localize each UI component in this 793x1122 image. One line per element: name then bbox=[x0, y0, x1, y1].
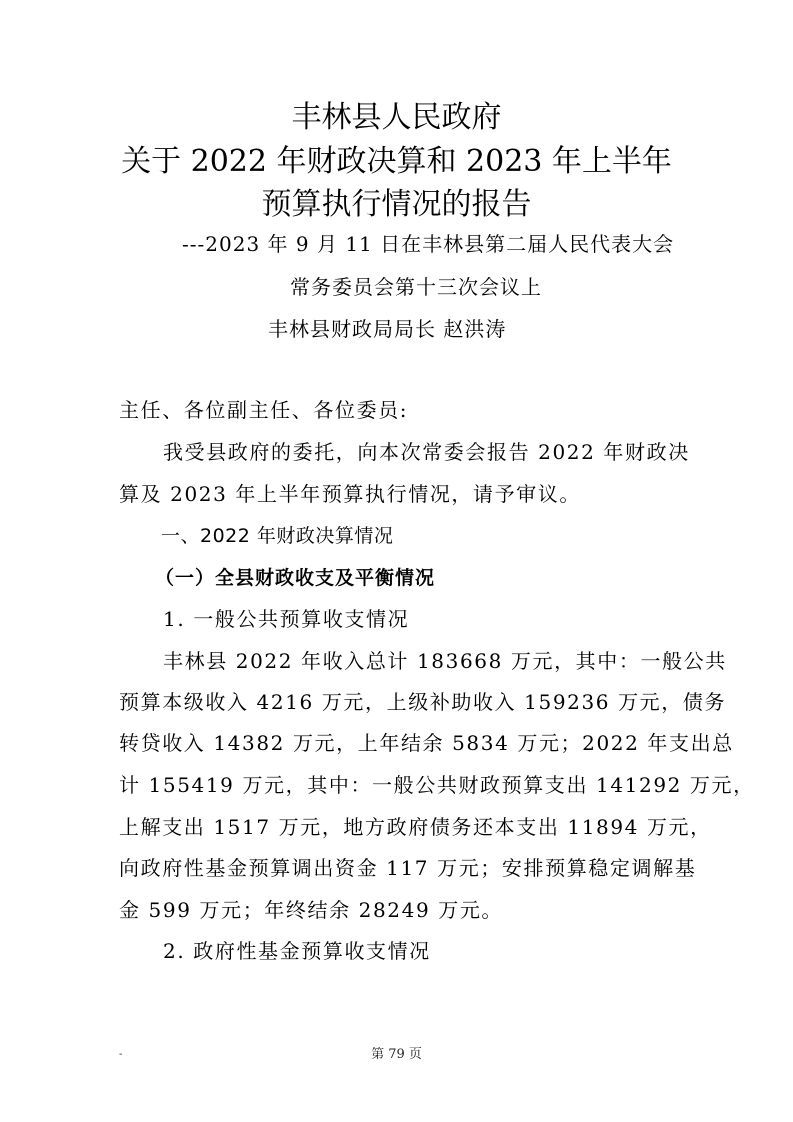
report-title-line-2: 关于 2022 年财政决算和 2023 年上半年 bbox=[0, 144, 793, 180]
report-title-line-1: 丰林县人民政府 bbox=[0, 100, 793, 136]
item-heading-2: 2. 政府性基金预算收支情况 bbox=[163, 939, 431, 963]
paragraph-line: 计 155419 万元，其中：一般公共财政预算支出 141292 万元， bbox=[119, 773, 755, 797]
paragraph-line: 金 599 万元；年终结余 28249 万元。 bbox=[119, 898, 503, 922]
author-line: 丰林县财政局局长 赵洪涛 bbox=[268, 317, 506, 341]
item-heading-1: 1. 一般公共预算收支情况 bbox=[163, 607, 409, 631]
report-title-line-3: 预算执行情况的报告 bbox=[0, 187, 793, 223]
intro-line-1: 我受县政府的委托，向本次常委会报告 2022 年财政决 bbox=[163, 440, 690, 464]
document-page: 丰林县人民政府 关于 2022 年财政决算和 2023 年上半年 预算执行情况的… bbox=[0, 0, 793, 1122]
salutation: 主任、各位副主任、各位委员: bbox=[119, 398, 408, 422]
meeting-name-line: 常务委员会第十三次会议上 bbox=[290, 275, 542, 299]
paragraph-line: 上解支出 1517 万元，地方政府债务还本支出 11894 万元， bbox=[119, 815, 712, 839]
meeting-date-line: ---2023 年 9 月 11 日在丰林县第二届人民代表大会 bbox=[182, 232, 674, 256]
intro-line-2: 算及 2023 年上半年预算执行情况，请予审议。 bbox=[119, 482, 581, 506]
paragraph-line: 预算本级收入 4216 万元，上级补助收入 159236 万元，债务 bbox=[119, 690, 726, 714]
subsection-heading: （一）全县财政收支及平衡情况 bbox=[155, 566, 435, 590]
paragraph-line: 丰林县 2022 年收入总计 183668 万元，其中：一般公共 bbox=[163, 649, 727, 673]
page-number: 第 79 页 bbox=[0, 1043, 793, 1062]
paragraph-line: 向政府性基金预算调出资金 117 万元；安排预算稳定调解基 bbox=[119, 856, 696, 880]
section-heading: 一、2022 年财政决算情况 bbox=[161, 524, 393, 548]
paragraph-line: 转贷收入 14382 万元，上年结余 5834 万元；2022 年支出总 bbox=[119, 731, 734, 755]
